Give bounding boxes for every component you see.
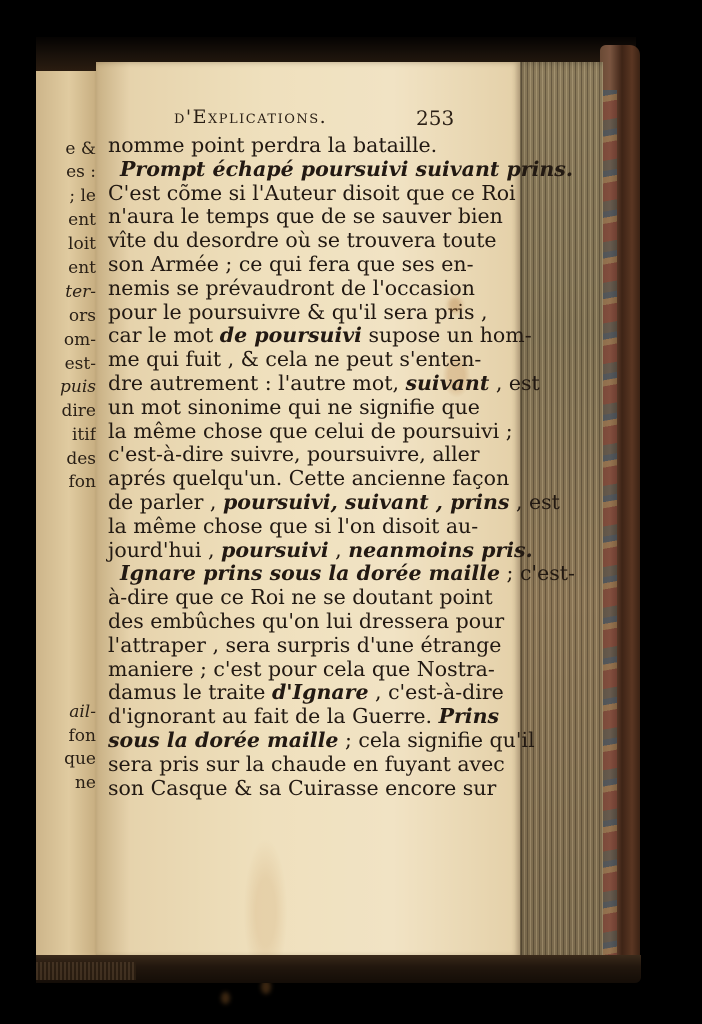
left-page-text-fragment: ail- — [69, 704, 96, 721]
text-run: la même chose que celui de poursuivi ; — [108, 419, 513, 443]
text-line: C'est cõme si l'Auteur disoit que ce Roi — [108, 182, 453, 206]
text-line: son Armée ; ce qui fera que ses en- — [108, 253, 453, 277]
left-page-text-fragment: fon — [69, 474, 96, 491]
text-run: supose un hom- — [362, 323, 532, 347]
text-run: nomme point perdra la bataille. — [108, 133, 437, 157]
text-run: , — [329, 538, 349, 562]
left-page-text-fragment: om- — [64, 332, 96, 349]
text-run: n'aura le temps que de se sauver bien — [108, 204, 503, 228]
text-run: vîte du desordre où se trouvera toute — [108, 228, 497, 252]
left-page-text-fragment: ent — [68, 260, 96, 277]
text-run: la même chose que si l'on disoit au- — [108, 514, 478, 538]
italic-phrase: neanmoins pris. — [348, 538, 532, 562]
italic-phrase: poursuivi, suivant , prins — [223, 490, 510, 514]
italic-phrase: poursuivi — [221, 538, 329, 562]
italic-phrase: d'Ignare — [272, 680, 369, 704]
text-run: de parler , — [108, 490, 223, 514]
left-page-text-fragment: e & — [65, 141, 96, 158]
book-photo: e &es :; leentloitentter-orsom-est-puisd… — [0, 0, 702, 1024]
italic-phrase: Prins — [439, 704, 499, 728]
text-line: sous la dorée maille ; cela signifie qu'… — [108, 729, 453, 753]
left-page-text-fragment: puis — [60, 379, 96, 396]
text-run: à-dire que ce Roi ne se doutant point — [108, 585, 493, 609]
text-run: d'ignorant au fait de la Guerre. — [108, 704, 439, 728]
text-line: des embûches qu'on lui dressera pour — [108, 610, 453, 634]
text-run: , c'est-à-dire — [369, 680, 504, 704]
text-run: , est — [489, 371, 539, 395]
text-line: à-dire que ce Roi ne se doutant point — [108, 586, 453, 610]
left-page-text-fragment: es : — [66, 164, 96, 181]
text-line: nomme point perdra la bataille. — [108, 134, 453, 158]
text-line: un mot sinonime qui ne signifie que — [108, 396, 453, 420]
text-run: son Armée ; ce qui fera que ses en- — [108, 252, 474, 276]
left-page-text-fragment: ent — [68, 212, 96, 229]
text-run: ; c'est- — [500, 561, 575, 585]
text-line: la même chose que celui de poursuivi ; — [108, 420, 453, 444]
page-number: 253 — [416, 106, 454, 130]
text-line: Prompt échapé poursuivi suivant prins. — [108, 158, 453, 182]
text-run: damus le traite — [108, 680, 272, 704]
text-run: l'attraper , sera surpris d'une étrange — [108, 633, 501, 657]
text-line: aprés quelqu'un. Cette ancienne façon — [108, 467, 453, 491]
left-page-text-fragment: dire — [61, 403, 96, 420]
text-run: C'est cõme si l'Auteur disoit que ce Roi — [108, 181, 516, 205]
text-run: jourd'hui , — [108, 538, 221, 562]
text-line: maniere ; c'est pour cela que Nostra- — [108, 658, 453, 682]
left-page-text-fragment: ne — [75, 775, 96, 792]
right-page: d'Explications. 253 nomme point perdra l… — [96, 62, 520, 957]
text-run: des embûches qu'on lui dressera pour — [108, 609, 504, 633]
italic-phrase: sous la dorée maille — [108, 728, 338, 752]
foxing-stain — [221, 992, 230, 1004]
foxing-stain — [448, 297, 462, 313]
text-line: car le mot de poursuivi supose un hom- — [108, 324, 453, 348]
text-run: sera pris sur la chaude en fuyant avec — [108, 752, 505, 776]
left-page-text-fragment: ter- — [65, 284, 96, 301]
text-run: nemis se prévaudront de l'occasion — [108, 276, 475, 300]
text-line: n'aura le temps que de se sauver bien — [108, 205, 453, 229]
italic-phrase: Ignare prins sous la dorée maille — [120, 561, 500, 585]
text-line: de parler , poursuivi, suivant , prins ,… — [108, 491, 453, 515]
text-line: la même chose que si l'on disoit au- — [108, 515, 453, 539]
text-line: damus le traite d'Ignare , c'est-à-dire — [108, 681, 453, 705]
text-line: c'est-à-dire suivre, poursuivre, aller — [108, 443, 453, 467]
text-line: vîte du desordre où se trouvera toute — [108, 229, 453, 253]
text-run: me qui fuit , & cela ne peut s'enten- — [108, 347, 481, 371]
text-run: ; cela signifie qu'il — [338, 728, 534, 752]
text-line: pour le poursuivre & qu'il sera pris , — [108, 301, 453, 325]
spine-headband — [36, 962, 136, 980]
text-line: d'ignorant au fait de la Guerre. Prins — [108, 705, 453, 729]
left-page-text-fragment: est- — [65, 356, 96, 373]
marbled-endpaper — [603, 90, 617, 970]
text-run: aprés quelqu'un. Cette ancienne façon — [108, 466, 509, 490]
text-run: dre autrement : l'autre mot, — [108, 371, 405, 395]
text-line: sera pris sur la chaude en fuyant avec — [108, 753, 453, 777]
text-line: nemis se prévaudront de l'occasion — [108, 277, 453, 301]
left-page-text-fragment: fon — [69, 728, 96, 745]
text-line: son Casque & sa Cuirasse encore sur — [108, 777, 453, 801]
left-page-text-fragment: ; le — [69, 188, 96, 205]
italic-phrase: de poursuivi — [220, 323, 362, 347]
left-page-text-fragment: que — [64, 751, 96, 768]
text-line: Ignare prins sous la dorée maille ; c'es… — [108, 562, 453, 586]
text-run: c'est-à-dire suivre, poursuivre, aller — [108, 442, 480, 466]
text-run: un mot sinonime qui ne signifie que — [108, 395, 480, 419]
text-line: dre autrement : l'autre mot, suivant , e… — [108, 372, 453, 396]
text-run: car le mot — [108, 323, 220, 347]
text-run: pour le poursuivre & qu'il sera pris , — [108, 300, 488, 324]
italic-phrase: Prompt échapé poursuivi suivant prins. — [120, 157, 573, 181]
left-page-text-fragment: ors — [69, 308, 96, 325]
text-line: l'attraper , sera surpris d'une étrange — [108, 634, 453, 658]
text-run: maniere ; c'est pour cela que Nostra- — [108, 657, 495, 681]
text-line: me qui fuit , & cela ne peut s'enten- — [108, 348, 453, 372]
page-body-text: nomme point perdra la bataille.Prompt éc… — [108, 134, 453, 800]
text-line: jourd'hui , poursuivi , neanmoins pris. — [108, 539, 453, 563]
left-page: e &es :; leentloitentter-orsom-est-puisd… — [36, 71, 102, 957]
left-page-text-fragment: itif — [72, 427, 96, 444]
text-run: son Casque & sa Cuirasse encore sur — [108, 776, 496, 800]
left-page-text-fragment: des — [66, 451, 96, 468]
text-run: , est — [509, 490, 559, 514]
italic-phrase: suivant — [405, 371, 489, 395]
left-page-text-fragment: loit — [68, 236, 96, 253]
